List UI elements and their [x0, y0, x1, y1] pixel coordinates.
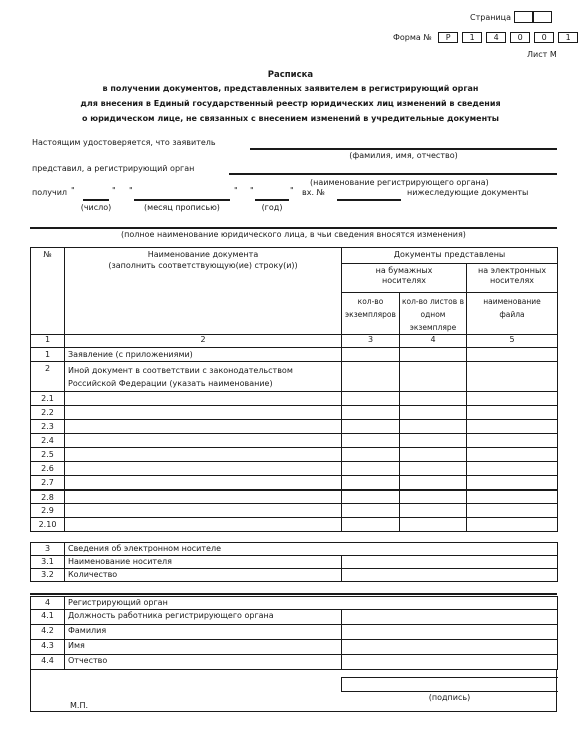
- registering-authority-table: 4Регистрирующий орган4.1Должность работн…: [30, 596, 558, 670]
- info-row: 4.4Отчество: [31, 655, 558, 670]
- sheets-cell[interactable]: [400, 406, 467, 420]
- section-divider: [30, 593, 557, 595]
- copies-cell[interactable]: [342, 448, 400, 462]
- document-row: 2.6: [31, 462, 558, 476]
- document-row: 2.4: [31, 434, 558, 448]
- form-code-cell: 1: [558, 32, 578, 43]
- copies-cell[interactable]: [342, 362, 400, 392]
- copies-cell[interactable]: [342, 462, 400, 476]
- month-field[interactable]: [134, 188, 230, 198]
- document-row: 2.1: [31, 392, 558, 406]
- presented-text: представил, а регистрирующий орган: [32, 164, 194, 174]
- row-label: Сведения об электронном носителе: [65, 543, 558, 556]
- row-number: 1: [31, 348, 65, 362]
- header-document-name-subtitle: (заполнить соответствующую(ие) строку(и)…: [68, 261, 338, 271]
- sheets-cell[interactable]: [400, 504, 467, 518]
- document-name-cell[interactable]: [65, 462, 342, 476]
- incoming-number-field[interactable]: [337, 188, 401, 198]
- document-name-cell[interactable]: [65, 518, 342, 532]
- row-number: 3.1: [31, 556, 65, 569]
- header-document-name: Наименование документа (заполнить соотве…: [65, 248, 342, 335]
- documents-table: № Наименование документа (заполнить соот…: [30, 247, 558, 532]
- info-row: 3.1Наименование носителя: [31, 556, 558, 569]
- year-underline: [255, 199, 289, 201]
- sheets-cell[interactable]: [400, 476, 467, 490]
- copies-cell[interactable]: [342, 392, 400, 406]
- quote-close-month: ": [234, 186, 238, 196]
- row-number: 2.1: [31, 392, 65, 406]
- row-label: Имя: [65, 640, 342, 655]
- day-field[interactable]: [83, 188, 109, 198]
- document-name-cell[interactable]: [65, 434, 342, 448]
- row-label: Наименование носителя: [65, 556, 342, 569]
- form-code-cell: Р: [438, 32, 458, 43]
- copies-cell[interactable]: [342, 348, 400, 362]
- row-number: 2.4: [31, 434, 65, 448]
- page-number-block: Страница: [470, 11, 552, 25]
- sheets-cell[interactable]: [400, 348, 467, 362]
- page-cell-2[interactable]: [532, 11, 552, 23]
- header-documents-presented: Документы представлены: [342, 248, 558, 264]
- form-code-cell: 0: [534, 32, 554, 43]
- file-name-cell[interactable]: [467, 434, 558, 448]
- file-name-cell[interactable]: [467, 348, 558, 362]
- document-name-cell: Иной документ в соответствии с законодат…: [65, 362, 342, 392]
- file-name-cell[interactable]: [467, 462, 558, 476]
- document-row: 2.3: [31, 420, 558, 434]
- quote-open-month: ": [129, 186, 133, 196]
- sheets-cell[interactable]: [400, 434, 467, 448]
- document-subtitle-line-1: в получении документов, представленных з…: [0, 84, 581, 94]
- column-number-1: 1: [31, 335, 65, 348]
- sheets-cell[interactable]: [400, 362, 467, 392]
- info-row: 4.2Фамилия: [31, 625, 558, 640]
- file-name-cell[interactable]: [467, 448, 558, 462]
- row-label: Должность работника регистрирующего орга…: [65, 610, 342, 625]
- file-name-cell[interactable]: [467, 504, 558, 518]
- row-label: Фамилия: [65, 625, 342, 640]
- entity-name-hint: (полное наименование юридического лица, …: [30, 230, 557, 240]
- row-number: 2.6: [31, 462, 65, 476]
- sheets-cell[interactable]: [400, 490, 467, 504]
- row-value-field[interactable]: [342, 625, 558, 640]
- document-name-cell: Заявление (с приложениями): [65, 348, 342, 362]
- document-row: 2.9: [31, 504, 558, 518]
- header-sheets-per-copy: кол-во листов в одном экземпляре: [400, 293, 467, 335]
- document-row: 2Иной документ в соответствии с законода…: [31, 362, 558, 392]
- document-title: Расписка: [0, 70, 581, 80]
- form-code: Р14001: [434, 33, 578, 42]
- header-paper-media: на бумажных носителях: [342, 264, 467, 293]
- header-file-name: наименование файла: [467, 293, 558, 335]
- row-label: Количество: [65, 569, 342, 582]
- copies-cell[interactable]: [342, 406, 400, 420]
- entity-name-underline: [30, 227, 557, 229]
- document-name-cell[interactable]: [65, 420, 342, 434]
- document-row: 2.2: [31, 406, 558, 420]
- signature-stamp-area: (подпись) М.П.: [30, 669, 557, 712]
- electronic-media-table: 3Сведения об электронном носителе3.1Наим…: [30, 542, 558, 582]
- applicant-hint: (фамилия, имя, отчество): [250, 151, 557, 161]
- row-number: 4: [31, 597, 65, 610]
- sheets-cell[interactable]: [400, 448, 467, 462]
- column-number-4: 4: [400, 335, 467, 348]
- entity-name-field[interactable]: [30, 217, 557, 227]
- row-number: 4.1: [31, 610, 65, 625]
- copies-cell[interactable]: [342, 434, 400, 448]
- row-value-field[interactable]: [342, 569, 558, 582]
- row-label: Отчество: [65, 655, 342, 670]
- copies-cell[interactable]: [342, 490, 400, 504]
- year-field[interactable]: [255, 188, 289, 198]
- file-name-cell[interactable]: [467, 406, 558, 420]
- file-name-cell[interactable]: [467, 476, 558, 490]
- copies-cell[interactable]: [342, 504, 400, 518]
- copies-cell[interactable]: [342, 476, 400, 490]
- row-number: 3.2: [31, 569, 65, 582]
- document-row: 2.10: [31, 518, 558, 532]
- row-number: 2.10: [31, 518, 65, 532]
- info-row: 4.1Должность работника регистрирующего о…: [31, 610, 558, 625]
- page-cell-1[interactable]: [514, 11, 534, 23]
- document-subtitle-line-2: для внесения в Единый государственный ре…: [0, 99, 581, 109]
- row-number: 2.2: [31, 406, 65, 420]
- row-number: 2.5: [31, 448, 65, 462]
- header-electronic-media: на электронных носителях: [467, 264, 558, 293]
- document-name-cell[interactable]: [65, 448, 342, 462]
- quote-close-day: ": [112, 186, 116, 196]
- file-name-cell[interactable]: [467, 490, 558, 504]
- row-value-field[interactable]: [342, 556, 558, 569]
- quote-open-day: ": [71, 186, 75, 196]
- row-value-field[interactable]: [342, 610, 558, 625]
- sheets-cell[interactable]: [400, 392, 467, 406]
- received-text: получил: [32, 188, 67, 198]
- sheet-label: Лист М: [527, 50, 557, 60]
- day-hint: (число): [74, 203, 118, 213]
- row-number: 2.8: [31, 490, 65, 504]
- header-document-name-title: Наименование документа: [68, 250, 338, 260]
- month-underline: [134, 199, 230, 201]
- row-label: Регистрирующий орган: [65, 597, 558, 610]
- row-number: 4.4: [31, 655, 65, 670]
- column-number-5: 5: [467, 335, 558, 348]
- info-row: 3Сведения об электронном носителе: [31, 543, 558, 556]
- quote-open-year: ": [250, 186, 254, 196]
- file-name-cell[interactable]: [467, 420, 558, 434]
- document-name-cell[interactable]: [65, 504, 342, 518]
- document-name-cell[interactable]: [65, 392, 342, 406]
- form-number-block: Форма № Р14001: [393, 32, 578, 46]
- form-code-cell: 4: [486, 32, 506, 43]
- row-number: 4.3: [31, 640, 65, 655]
- header-number: №: [31, 248, 65, 335]
- following-docs-text: нижеследующие документы: [407, 188, 528, 198]
- row-value-field[interactable]: [342, 655, 558, 670]
- sheets-cell[interactable]: [400, 518, 467, 532]
- column-number-3: 3: [342, 335, 400, 348]
- column-number-2: 2: [65, 335, 342, 348]
- info-row: 3.2Количество: [31, 569, 558, 582]
- form-code-cell: 0: [510, 32, 530, 43]
- day-underline: [83, 199, 109, 201]
- info-row: 4.3Имя: [31, 640, 558, 655]
- row-number: 2: [31, 362, 65, 392]
- row-number: 4.2: [31, 625, 65, 640]
- document-name-cell[interactable]: [65, 476, 342, 490]
- sheets-cell[interactable]: [400, 462, 467, 476]
- incoming-number-underline: [337, 199, 401, 201]
- document-name-cell[interactable]: [65, 406, 342, 420]
- document-name-cell[interactable]: [65, 490, 342, 504]
- copies-cell[interactable]: [342, 518, 400, 532]
- sheets-cell[interactable]: [400, 420, 467, 434]
- year-hint: (год): [255, 203, 289, 213]
- column-numbers-row: 1 2 3 4 5: [31, 335, 558, 348]
- applicant-underline: [250, 148, 557, 150]
- file-name-cell[interactable]: [467, 518, 558, 532]
- certify-text: Настоящим удостоверяется, что заявитель: [32, 138, 216, 148]
- incoming-label: вх. №: [302, 188, 325, 198]
- applicant-field[interactable]: [250, 138, 557, 148]
- row-number: 3: [31, 543, 65, 556]
- signature-hint: (подпись): [341, 693, 558, 703]
- page-label: Страница: [470, 13, 511, 22]
- copies-cell[interactable]: [342, 420, 400, 434]
- month-hint: (месяц прописью): [134, 203, 230, 213]
- authority-underline: [229, 173, 557, 175]
- info-row: 4Регистрирующий орган: [31, 597, 558, 610]
- authority-field[interactable]: [229, 163, 557, 173]
- form-code-cell: 1: [462, 32, 482, 43]
- document-subtitle-line-3: о юридическом лице, не связанных с внесе…: [0, 114, 581, 124]
- row-number: 2.3: [31, 420, 65, 434]
- row-value-field[interactable]: [342, 640, 558, 655]
- quote-close-year: ": [290, 186, 294, 196]
- form-label: Форма №: [393, 33, 432, 42]
- document-row: 2.8: [31, 490, 558, 504]
- row-number: 2.9: [31, 504, 65, 518]
- file-name-cell[interactable]: [467, 392, 558, 406]
- authority-hint: (наименование регистрирующего органа): [310, 178, 480, 188]
- file-name-cell[interactable]: [467, 362, 558, 392]
- document-row: 2.5: [31, 448, 558, 462]
- row-number: 2.7: [31, 476, 65, 490]
- document-row: 2.7: [31, 476, 558, 490]
- document-row: 1Заявление (с приложениями): [31, 348, 558, 362]
- header-copies: кол-во экземпляров: [342, 293, 400, 335]
- stamp-label: М.П.: [70, 701, 88, 711]
- signature-field[interactable]: [341, 677, 558, 692]
